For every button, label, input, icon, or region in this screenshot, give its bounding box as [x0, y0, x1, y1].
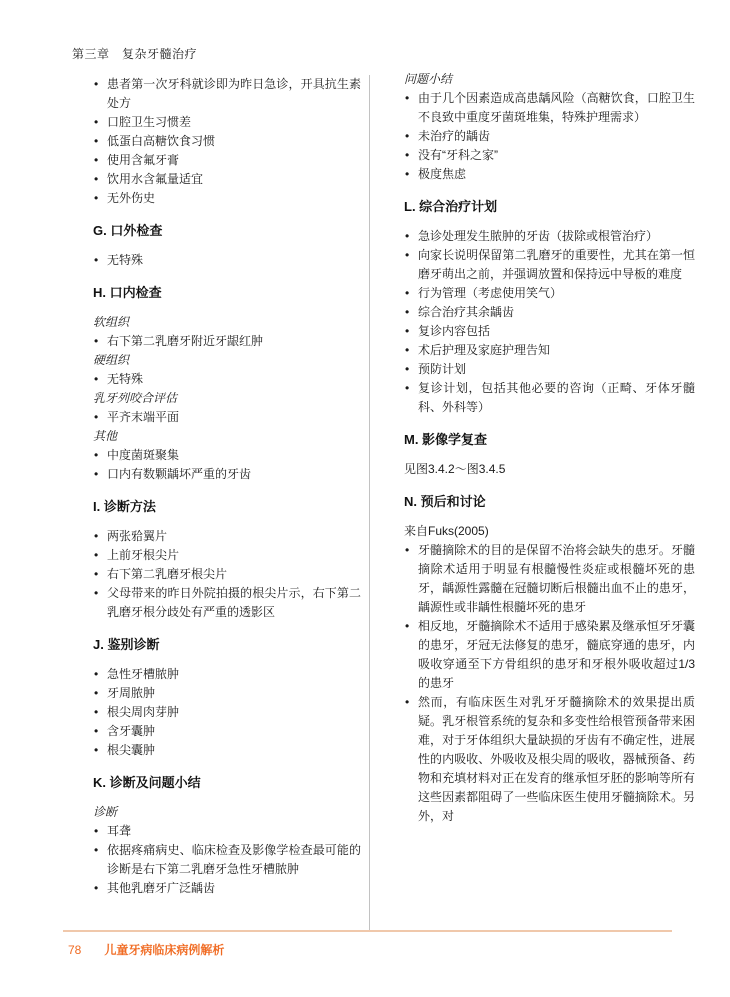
bullet-item: 无特殊: [93, 251, 361, 270]
bullet-item: 口腔卫生习惯差: [93, 113, 361, 132]
bullet-item: 使用含氟牙膏: [93, 151, 361, 170]
bullet-item: 综合治疗其余龋齿: [404, 303, 695, 322]
bullet-item: 口内有数颗龋坏严重的牙齿: [93, 465, 361, 484]
chapter-header: 第三章 复杂牙髓治疗: [72, 45, 197, 62]
bullet-item: 没有“牙科之家”: [404, 146, 695, 165]
bullet-item: 然而，有临床医生对乳牙牙髓摘除术的效果提出质疑。乳牙根管系统的复杂和多变性给根管…: [404, 693, 695, 826]
subsection-heading: 硬组织: [93, 351, 361, 370]
bullet-item: 牙周脓肿: [93, 684, 361, 703]
document-page: 第三章 复杂牙髓治疗 患者第一次牙科就诊即为昨日急诊，开具抗生素处方口腔卫生习惯…: [0, 0, 730, 997]
section-heading: J. 鉴别诊断: [93, 636, 361, 654]
subsection-heading: 软组织: [93, 313, 361, 332]
section-heading: N. 预后和讨论: [404, 493, 695, 511]
bullet-item: 右下第二乳磨牙附近牙龈红肿: [93, 332, 361, 351]
bullet-item: 根尖周肉芽肿: [93, 703, 361, 722]
bullet-item: 两张𬌗翼片: [93, 527, 361, 546]
bullet-item: 术后护理及家庭护理告知: [404, 341, 695, 360]
bullet-item: 父母带来的昨日外院拍摄的根尖片示，右下第二乳磨牙根分歧处有严重的透影区: [93, 584, 361, 622]
bullet-item: 平齐末端平面: [93, 408, 361, 427]
section-heading: K. 诊断及问题小结: [93, 774, 361, 792]
bullet-item: 上前牙根尖片: [93, 546, 361, 565]
footer-rule: [63, 930, 672, 932]
bullet-item: 患者第一次牙科就诊即为昨日急诊，开具抗生素处方: [93, 75, 361, 113]
paragraph: 见图3.4.2～图3.4.5: [404, 460, 695, 479]
section-heading: I. 诊断方法: [93, 498, 361, 516]
bullet-item: 右下第二乳磨牙根尖片: [93, 565, 361, 584]
page-footer: 78儿童牙病临床病例解析: [68, 941, 224, 958]
section-heading: M. 影像学复查: [404, 431, 695, 449]
bullet-item: 无特殊: [93, 370, 361, 389]
bullet-item: 含牙囊肿: [93, 722, 361, 741]
bullet-item: 耳聋: [93, 822, 361, 841]
bullet-item: 复诊内容包括: [404, 322, 695, 341]
bullet-item: 行为管理（考虑使用笑气）: [404, 284, 695, 303]
bullet-item: 相反地，牙髓摘除术不适用于感染累及继承恒牙牙囊的患牙，牙冠无法修复的患牙，髓底穿…: [404, 617, 695, 693]
bullet-item: 无外伤史: [93, 189, 361, 208]
subsection-heading: 乳牙列咬合评估: [93, 389, 361, 408]
bullet-item: 急性牙槽脓肿: [93, 665, 361, 684]
bullet-item: 中度菌斑聚集: [93, 446, 361, 465]
bullet-item: 饮用水含氟量适宜: [93, 170, 361, 189]
right-column: 问题小结由于几个因素造成高患龋风险（高糖饮食，口腔卫生不良致中重度牙菌斑堆集，特…: [404, 70, 695, 826]
section-heading: G. 口外检查: [93, 222, 361, 240]
subsection-heading: 问题小结: [404, 70, 695, 89]
left-column: 患者第一次牙科就诊即为昨日急诊，开具抗生素处方口腔卫生习惯差低蛋白高糖饮食习惯使…: [93, 75, 361, 898]
bullet-item: 依据疼痛病史、临床检查及影像学检查最可能的诊断是右下第二乳磨牙急性牙槽脓肿: [93, 841, 361, 879]
page-number: 78: [68, 943, 81, 957]
bullet-item: 急诊处理发生脓肿的牙齿（拔除或根管治疗）: [404, 227, 695, 246]
subsection-heading: 其他: [93, 427, 361, 446]
section-heading: H. 口内检查: [93, 284, 361, 302]
bullet-item: 其他乳磨牙广泛龋齿: [93, 879, 361, 898]
bullet-item: 向家长说明保留第二乳磨牙的重要性，尤其在第一恒磨牙萌出之前，并强调放置和保持远中…: [404, 246, 695, 284]
bullet-item: 根尖囊肿: [93, 741, 361, 760]
book-title: 儿童牙病临床病例解析: [104, 943, 224, 957]
column-divider: [369, 75, 370, 930]
bullet-item: 复诊计划，包括其他必要的咨询（正畸、牙体牙髓科、外科等）: [404, 379, 695, 417]
bullet-item: 由于几个因素造成高患龋风险（高糖饮食，口腔卫生不良致中重度牙菌斑堆集，特殊护理需…: [404, 89, 695, 127]
bullet-item: 未治疗的龋齿: [404, 127, 695, 146]
bullet-item: 极度焦虑: [404, 165, 695, 184]
bullet-item: 牙髓摘除术的目的是保留不治将会缺失的患牙。牙髓摘除术适用于明显有根髓慢性炎症或根…: [404, 541, 695, 617]
subsection-heading: 诊断: [93, 803, 361, 822]
section-heading: L. 综合治疗计划: [404, 198, 695, 216]
bullet-item: 预防计划: [404, 360, 695, 379]
paragraph: 来自Fuks(2005): [404, 522, 695, 541]
bullet-item: 低蛋白高糖饮食习惯: [93, 132, 361, 151]
